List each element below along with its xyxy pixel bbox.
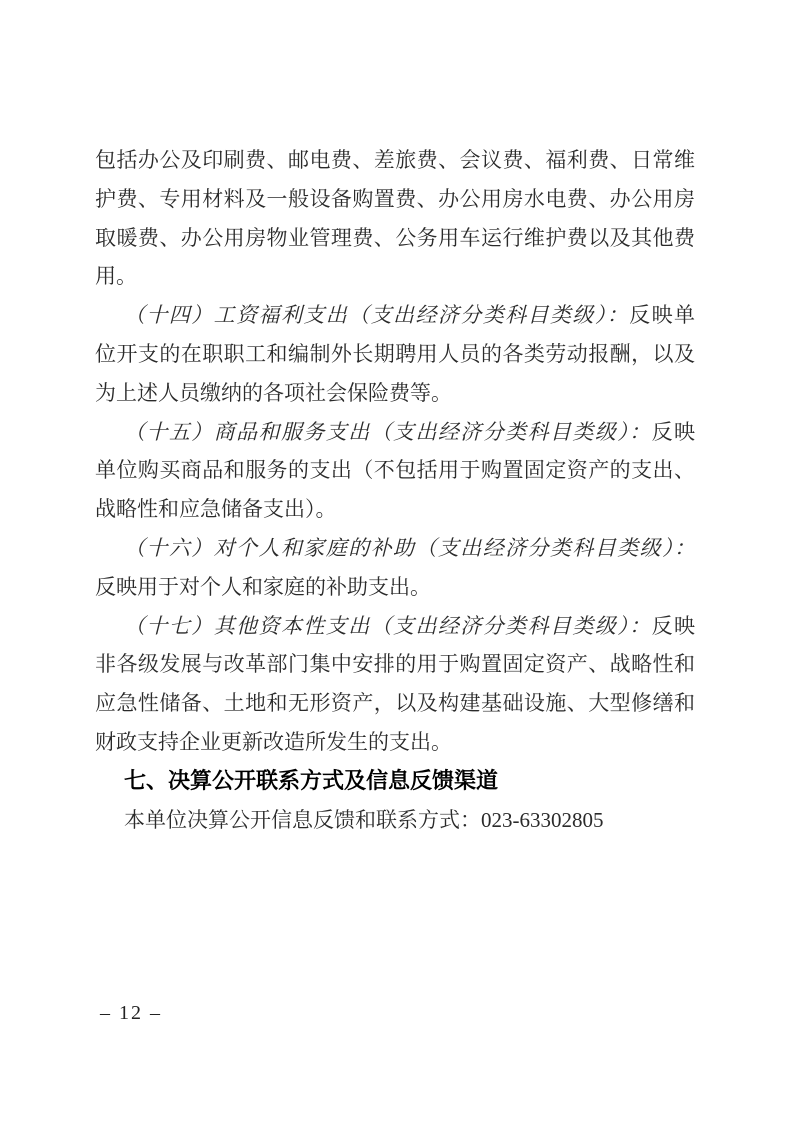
body-text: 非各级发展与改革部门集中安排的用于购置固定资产、战略性和 [95,652,695,676]
para-contact-phone-line-1: 本单位决算公开信息反馈和联系方式：023-63302805 [95,801,695,840]
para-17-other-capital-expenditure-line-3: 应急性储备、土地和无形资产，以及构建基础设施、大型修缮和 [95,684,695,723]
para-15-goods-services-expenditure-line-1: （十五）商品和服务支出（支出经济分类科目类级）：反映 [95,413,695,452]
body-text: 用。 [95,264,137,288]
para-daily-public-funds-detail-line-2: 护费、专用材料及一般设备购置费、办公用房水电费、办公用房 [95,180,695,219]
body-text: 为上述人员缴纳的各项社会保险费等。 [95,381,452,405]
body-text: 单位购买商品和服务的支出（不包括用于购置固定资产的支出、 [95,458,695,482]
para-daily-public-funds-detail-line-1: 包括办公及印刷费、邮电费、差旅费、会议费、福利费、日常维 [95,141,695,180]
body-text: 位开支的在职职工和编制外长期聘用人员的各类劳动报酬，以及 [95,342,695,366]
kai-leadin-text: （十六）对个人和家庭的补助（支出经济分类科目类级）： [124,536,695,560]
body-text: 战略性和应急储备支出）。 [95,497,337,521]
para-daily-public-funds-detail-line-3: 取暖费、办公用房物业管理费、公务用车运行维护费以及其他费 [95,219,695,258]
para-17-other-capital-expenditure-line-4: 财政支持企业更新改造所发生的支出。 [95,723,695,762]
body-text: 护费、专用材料及一般设备购置费、办公用房水电费、办公用房 [95,187,695,211]
heading-section-seven-contact-feedback-line-1: 七、决算公开联系方式及信息反馈渠道 [95,762,695,801]
para-daily-public-funds-detail-line-4: 用。 [95,257,695,296]
para-14-salary-welfare-expenditure-line-3: 为上述人员缴纳的各项社会保险费等。 [95,374,695,413]
para-16-individual-family-subsidy-line-2: 反映用于对个人和家庭的补助支出。 [95,568,695,607]
para-15-goods-services-expenditure-line-3: 战略性和应急储备支出）。 [95,490,695,529]
document-body: 包括办公及印刷费、邮电费、差旅费、会议费、福利费、日常维护费、专用材料及一般设备… [95,141,695,839]
kai-leadin-text: （十四）工资福利支出（支出经济分类科目类级）： [124,303,629,327]
para-17-other-capital-expenditure-line-1: （十七）其他资本性支出（支出经济分类科目类级）：反映 [95,607,695,646]
para-16-individual-family-subsidy-line-1: （十六）对个人和家庭的补助（支出经济分类科目类级）： [95,529,695,568]
body-text: 财政支持企业更新改造所发生的支出。 [95,730,452,754]
para-15-goods-services-expenditure-line-2: 单位购买商品和服务的支出（不包括用于购置固定资产的支出、 [95,451,695,490]
body-text: 反映 [652,614,695,638]
body-text: 取暖费、办公用房物业管理费、公务用车运行维护费以及其他费 [95,226,695,250]
body-text: 本单位决算公开信息反馈和联系方式：023-63302805 [124,808,604,832]
body-text: 七、决算公开联系方式及信息反馈渠道 [124,768,498,793]
body-text: 包括办公及印刷费、邮电费、差旅费、会议费、福利费、日常维 [95,148,695,172]
body-text: 反映用于对个人和家庭的补助支出。 [95,575,431,599]
para-17-other-capital-expenditure-line-2: 非各级发展与改革部门集中安排的用于购置固定资产、战略性和 [95,645,695,684]
body-text: 反映 [652,420,695,444]
document-page: 包括办公及印刷费、邮电费、差旅费、会议费、福利费、日常维护费、专用材料及一般设备… [0,0,793,1122]
kai-leadin-text: （十五）商品和服务支出（支出经济分类科目类级）： [124,420,652,444]
para-14-salary-welfare-expenditure-line-1: （十四）工资福利支出（支出经济分类科目类级）：反映单 [95,296,695,335]
body-text: 反映单 [629,303,695,327]
para-14-salary-welfare-expenditure-line-2: 位开支的在职职工和编制外长期聘用人员的各类劳动报酬，以及 [95,335,695,374]
body-text: 应急性储备、土地和无形资产，以及构建基础设施、大型修缮和 [95,691,695,715]
kai-leadin-text: （十七）其他资本性支出（支出经济分类科目类级）： [124,614,652,638]
page-number: – 12 – [100,1000,162,1026]
